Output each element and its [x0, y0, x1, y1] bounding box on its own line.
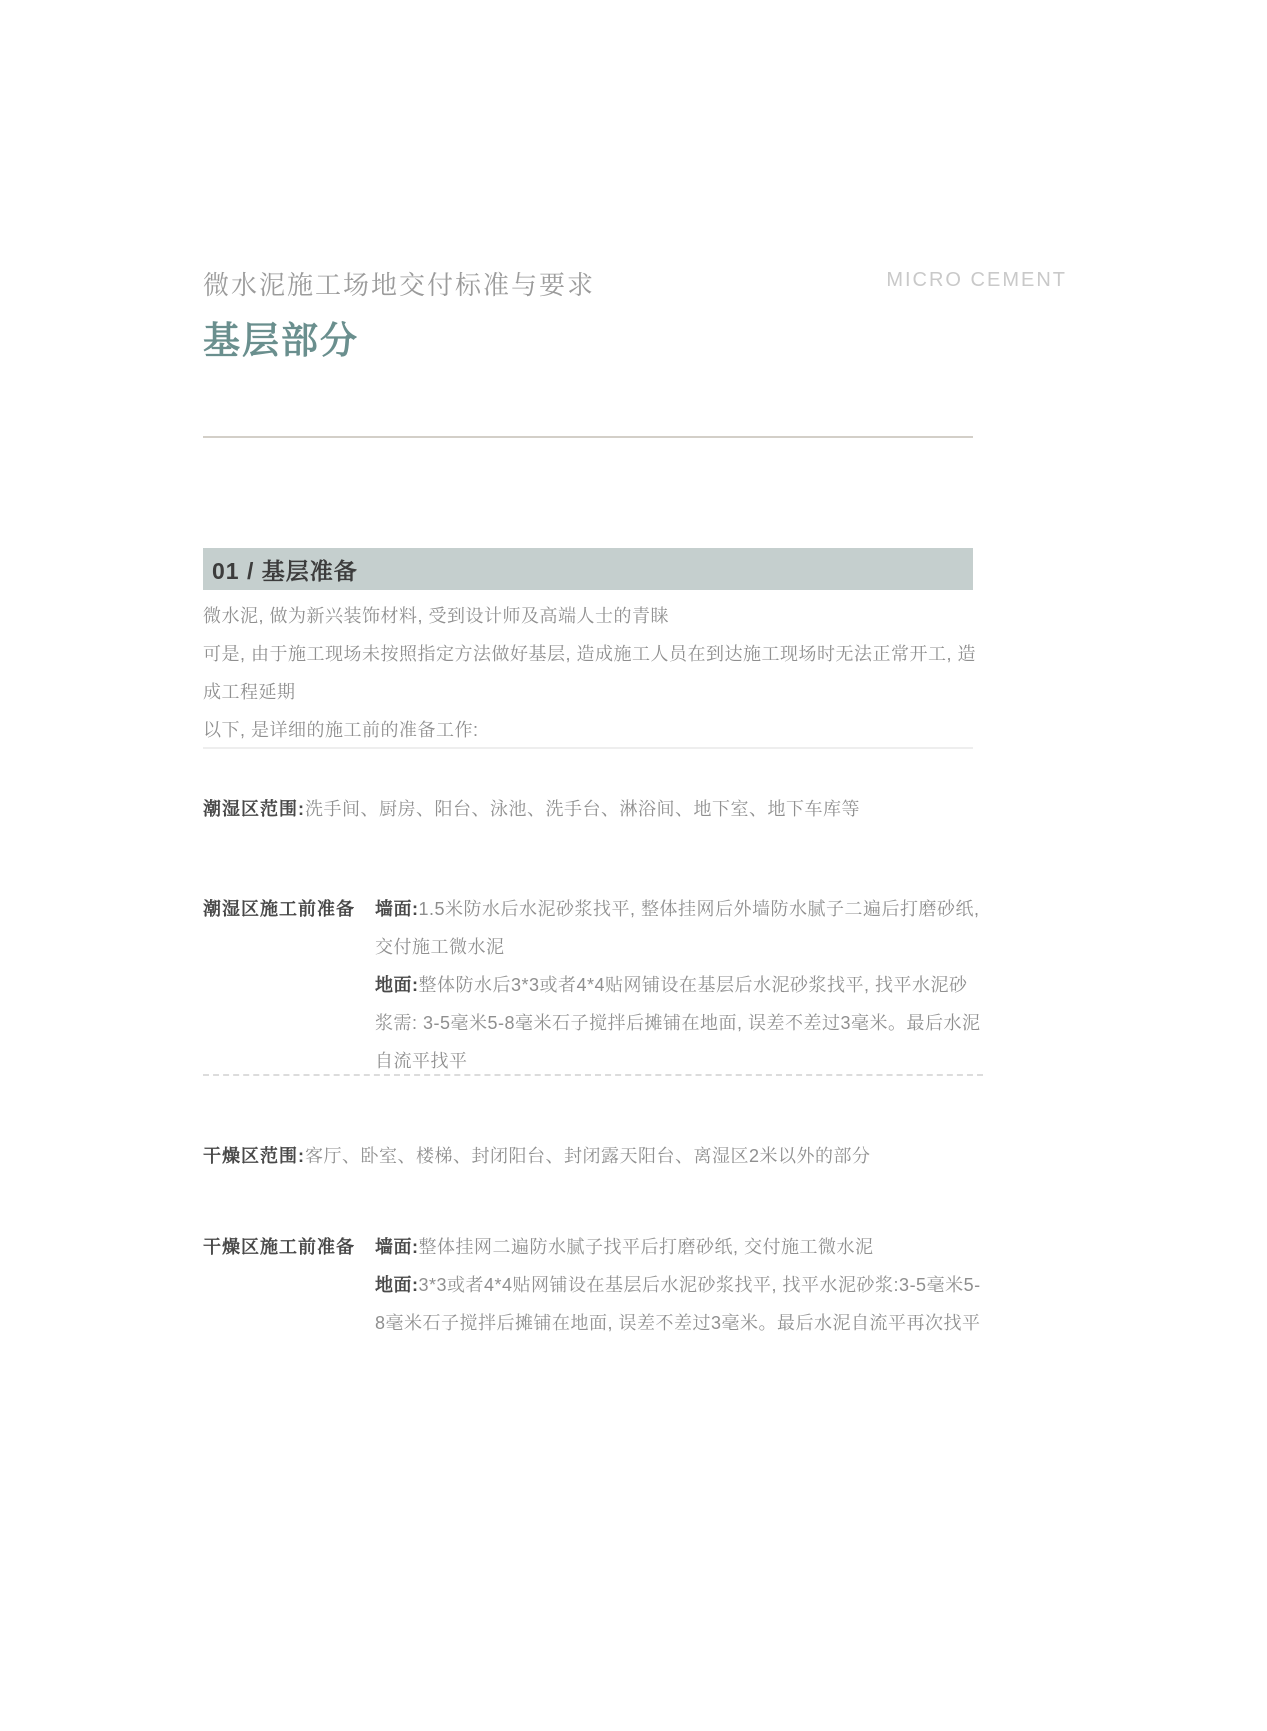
wet-zone-prep-block: 潮湿区施工前准备 墙面:1.5米防水后水泥砂浆找平, 整体挂网后外墙防水腻子二遍… [203, 890, 985, 1080]
dry-zone-range-row: 干燥区范围:客厅、卧室、楼梯、封闭阳台、封闭露天阳台、离湿区2米以外的部分 [203, 1142, 993, 1170]
document-header: 微水泥施工场地交付标准与要求 MICRO CEMENT [203, 265, 1067, 302]
dry-zone-floor-line: 地面:3*3或者4*4贴网铺设在基层后水泥砂浆找平, 找平水泥砂浆:3-5毫米5… [375, 1266, 985, 1342]
section-header: 01 / 基层准备 [203, 548, 973, 590]
dry-zone-prep-content: 墙面:整体挂网二遍防水腻子找平后打磨砂纸, 交付施工微水泥 地面:3*3或者4*… [375, 1228, 985, 1342]
intro-line: 可是, 由于施工现场未按照指定方法做好基层, 造成施工人员在到达施工现场时无法正… [203, 635, 993, 711]
wet-zone-floor-label: 地面: [375, 975, 419, 995]
dry-zone-prep-label: 干燥区施工前准备 [203, 1228, 375, 1266]
page-title: 微水泥施工场地交付标准与要求 [203, 265, 595, 302]
dry-zone-range-label: 干燥区范围: [203, 1146, 305, 1166]
wet-zone-prep-label: 潮湿区施工前准备 [203, 890, 375, 928]
wet-zone-prep-content: 墙面:1.5米防水后水泥砂浆找平, 整体挂网后外墙防水腻子二遍后打磨砂纸, 交付… [375, 890, 985, 1080]
dry-zone-wall-label: 墙面: [375, 1237, 419, 1257]
wet-zone-floor-line: 地面:整体防水后3*3或者4*4贴网铺设在基层后水泥砂浆找平, 找平水泥砂浆需:… [375, 966, 985, 1080]
wet-zone-wall-text: 1.5米防水后水泥砂浆找平, 整体挂网后外墙防水腻子二遍后打磨砂纸, 交付施工微… [375, 899, 980, 957]
section-header-label: 01 / 基层准备 [212, 553, 358, 586]
document-page: 微水泥施工场地交付标准与要求 MICRO CEMENT 基层部分 01 / 基层… [0, 0, 1267, 1731]
header-divider [203, 436, 973, 438]
wet-zone-wall-label: 墙面: [375, 899, 419, 919]
dry-zone-prep-block: 干燥区施工前准备 墙面:整体挂网二遍防水腻子找平后打磨砂纸, 交付施工微水泥 地… [203, 1228, 985, 1342]
intro-line: 微水泥, 做为新兴装饰材料, 受到设计师及高端人士的青睐 [203, 597, 993, 635]
dry-zone-floor-label: 地面: [375, 1275, 419, 1295]
wet-zone-range-row: 潮湿区范围:洗手间、厨房、阳台、泳池、洗手台、淋浴间、地下室、地下车库等 [203, 795, 993, 823]
zone-divider-dashed [203, 1074, 983, 1076]
intro-paragraph: 微水泥, 做为新兴装饰材料, 受到设计师及高端人士的青睐 可是, 由于施工现场未… [203, 597, 993, 749]
wet-zone-wall-line: 墙面:1.5米防水后水泥砂浆找平, 整体挂网后外墙防水腻子二遍后打磨砂纸, 交付… [375, 890, 985, 966]
wet-zone-floor-text: 整体防水后3*3或者4*4贴网铺设在基层后水泥砂浆找平, 找平水泥砂浆需: 3-… [375, 975, 981, 1071]
wet-zone-range-value: 洗手间、厨房、阳台、泳池、洗手台、淋浴间、地下室、地下车库等 [305, 799, 860, 819]
dry-zone-wall-line: 墙面:整体挂网二遍防水腻子找平后打磨砂纸, 交付施工微水泥 [375, 1228, 985, 1266]
page-subtitle: 基层部分 [203, 310, 359, 364]
dry-zone-floor-text: 3*3或者4*4贴网铺设在基层后水泥砂浆找平, 找平水泥砂浆:3-5毫米5-8毫… [375, 1275, 981, 1333]
wet-zone-range-label: 潮湿区范围: [203, 799, 305, 819]
dry-zone-range-value: 客厅、卧室、楼梯、封闭阳台、封闭露天阳台、离湿区2米以外的部分 [305, 1146, 871, 1166]
intro-line: 以下, 是详细的施工前的准备工作: [203, 711, 993, 749]
brand-text: MICRO CEMENT [886, 265, 1067, 292]
dry-zone-wall-text: 整体挂网二遍防水腻子找平后打磨砂纸, 交付施工微水泥 [419, 1237, 874, 1257]
intro-divider [203, 747, 973, 749]
